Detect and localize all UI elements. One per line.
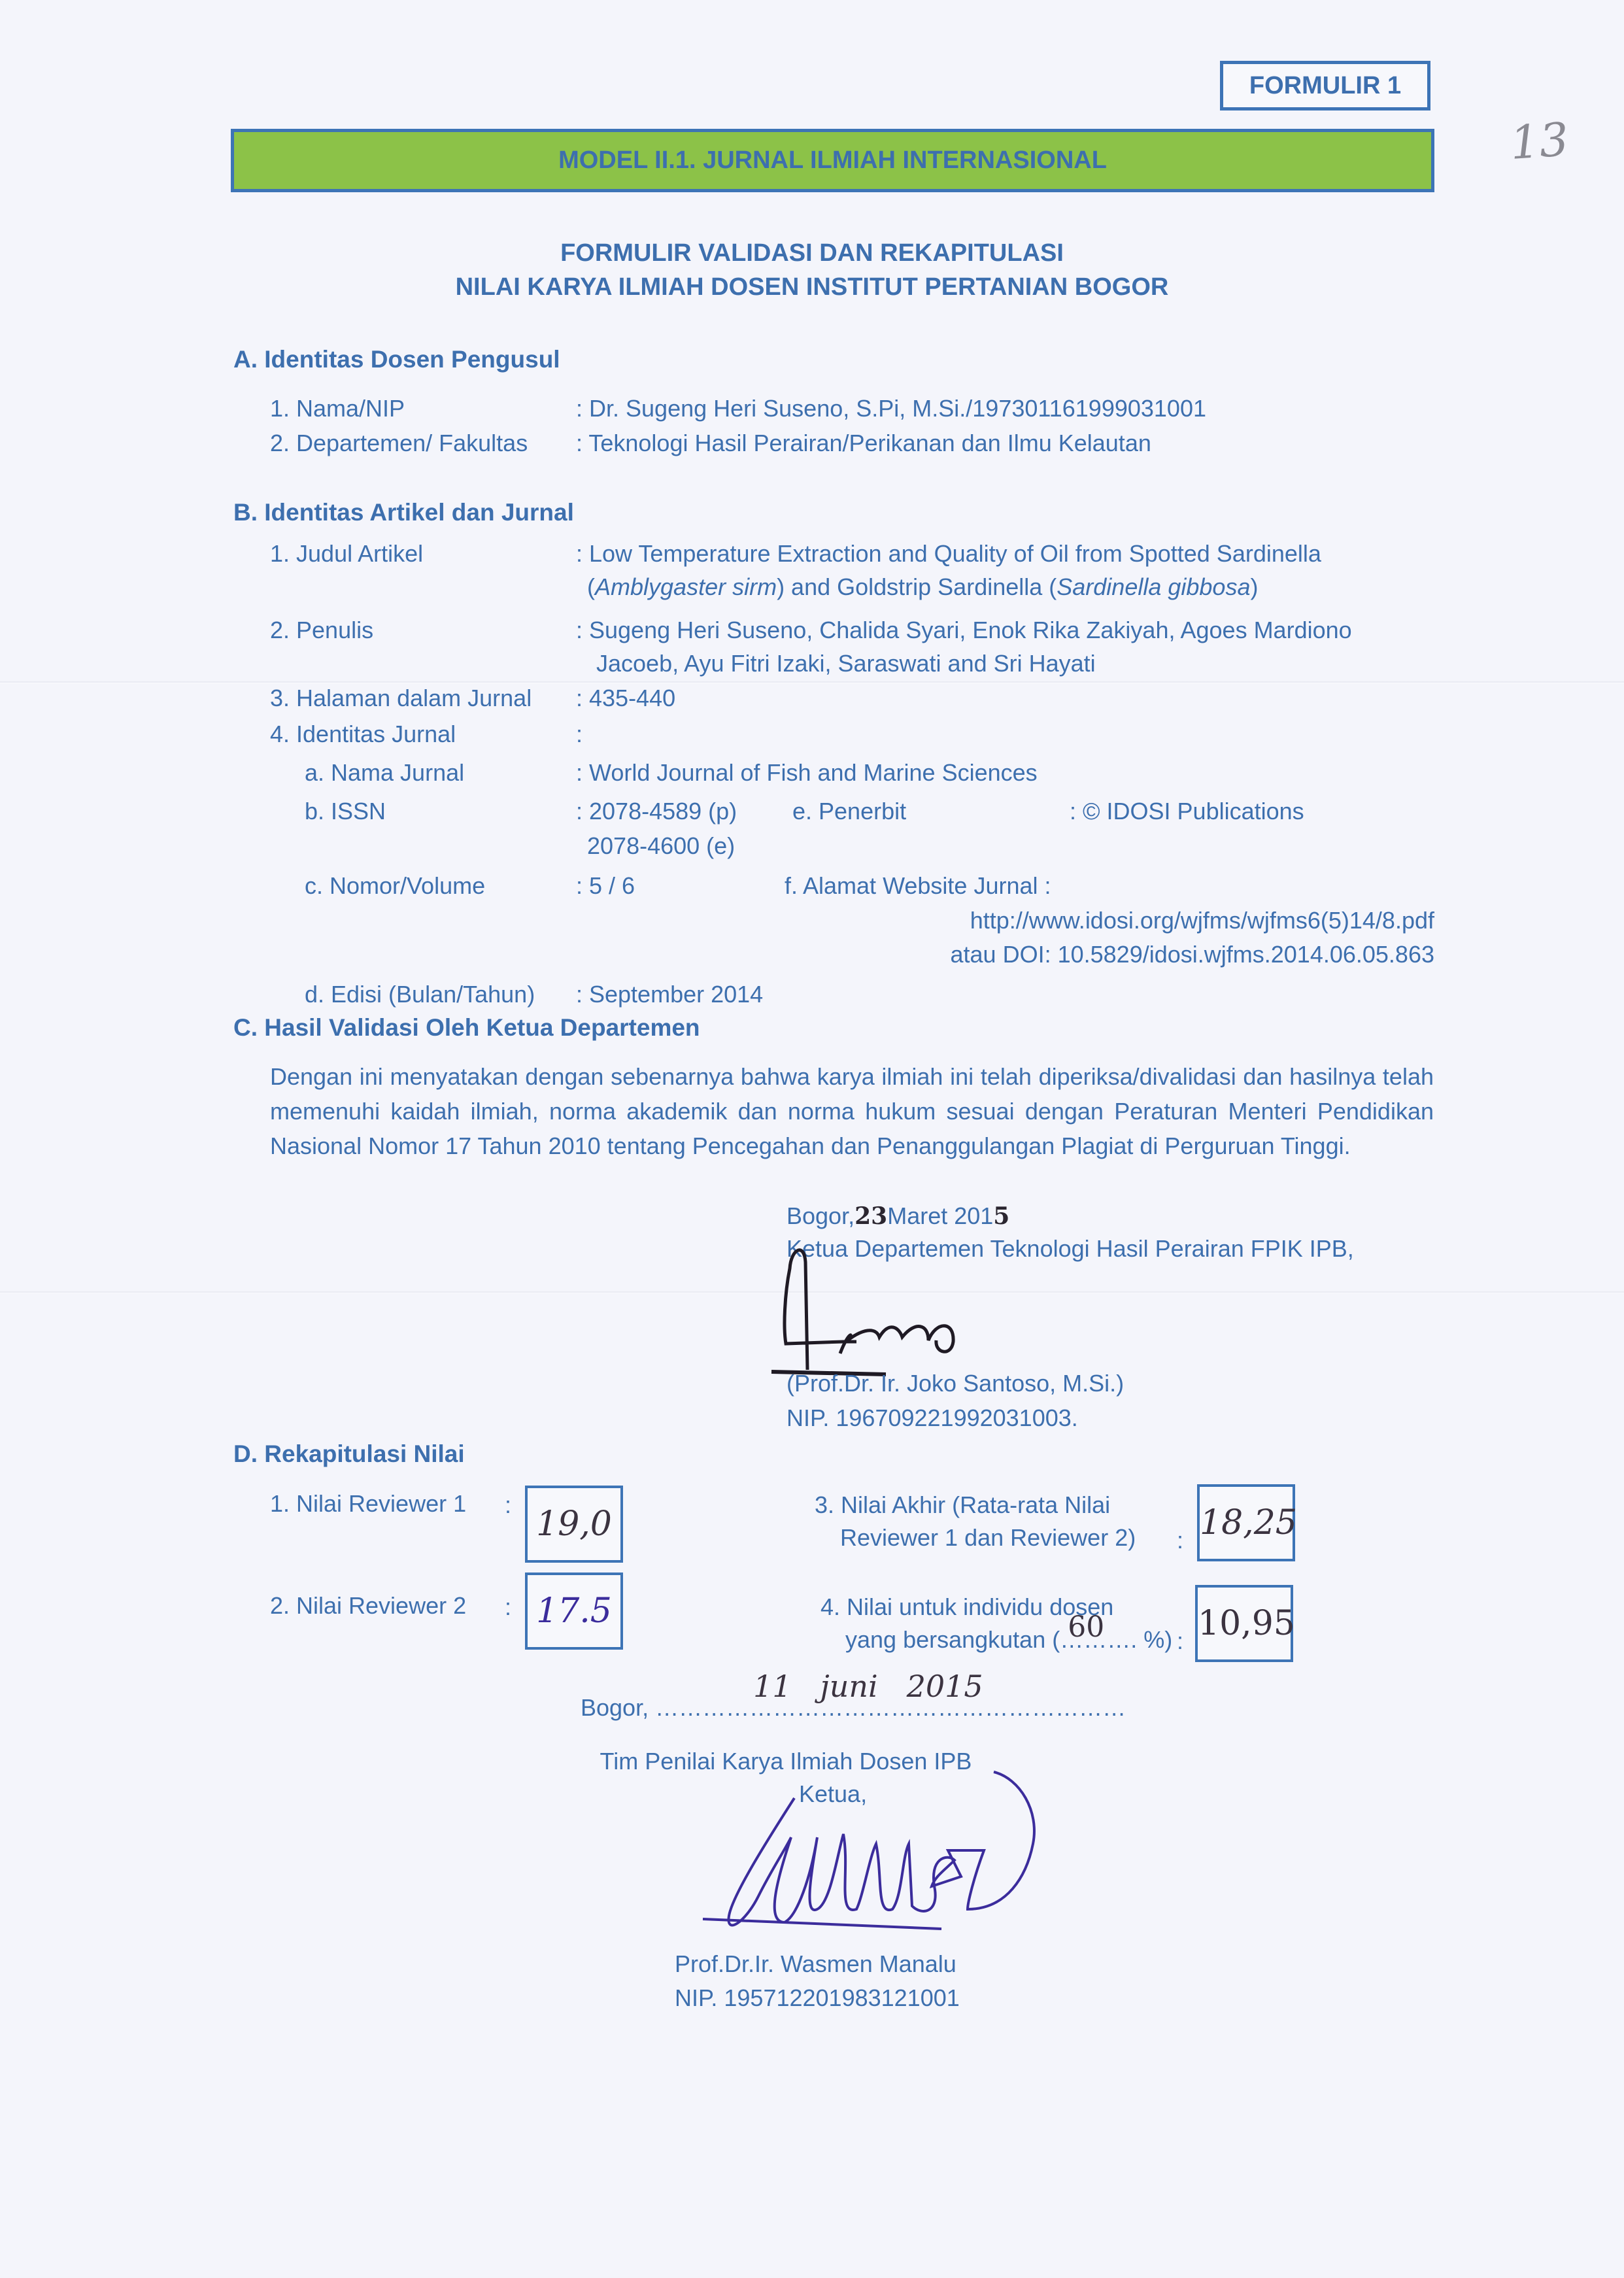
nama-jurnal-label: a. Nama Jurnal xyxy=(305,758,464,787)
nilai-individu-score-box[interactable]: 10,95 xyxy=(1195,1585,1293,1662)
section-a-heading: A. Identitas Dosen Pengusul xyxy=(233,345,560,374)
validation-statement: Dengan ini menyatakan dengan sebenarnya … xyxy=(270,1059,1434,1163)
reviewer2-score-box[interactable]: 17.5 xyxy=(525,1572,623,1650)
handwritten-footer-date: 11 juni 2015 xyxy=(753,1672,983,1701)
handwritten-page-number: 13 xyxy=(1508,112,1570,170)
identitas-jurnal-value: : xyxy=(576,720,583,749)
handwritten-day: 23 xyxy=(854,1202,887,1230)
formulir-label: FORMULIR 1 xyxy=(1249,72,1401,100)
nama-nip-label: 1. Nama/NIP xyxy=(270,394,405,423)
penerbit-value: : © IDOSI Publications xyxy=(1070,797,1304,826)
validation-month-year: Maret 201 xyxy=(887,1202,993,1229)
judul-mid: ) and Goldstrip Sardinella ( xyxy=(777,573,1057,600)
team-leader-name: Prof.Dr.Ir. Wasmen Manalu xyxy=(675,1950,956,1979)
reviewer1-score-box[interactable]: 19,0 xyxy=(525,1486,623,1563)
departemen-value: : Teknologi Hasil Perairan/Perikanan dan… xyxy=(576,429,1151,458)
reviewer2-label: 2. Nilai Reviewer 2 xyxy=(270,1591,466,1620)
website-doi[interactable]: atau DOI: 10.5829/idosi.wjfms.2014.06.05… xyxy=(951,940,1434,969)
nilai-akhir-score: 18,25 xyxy=(1200,1487,1293,1559)
penulis-label: 2. Penulis xyxy=(270,616,373,645)
reviewer1-score: 19,0 xyxy=(528,1488,620,1560)
species-name-2: Sardinella gibbosa xyxy=(1057,573,1250,600)
handwritten-percent: 60 xyxy=(1068,1613,1104,1642)
model-banner: MODEL II.1. JURNAL ILMIAH INTERNASIONAL xyxy=(231,129,1434,192)
edisi-label: d. Edisi (Bulan/Tahun) xyxy=(305,980,535,1009)
halaman-value: : 435-440 xyxy=(576,684,675,713)
nama-nip-value: : Dr. Sugeng Heri Suseno, S.Pi, M.Si./19… xyxy=(576,394,1206,423)
nilai-akhir-colon: : xyxy=(1177,1526,1183,1555)
nomor-volume-value: : 5 / 6 xyxy=(576,872,635,900)
penulis-value-line2: Jacoeb, Ayu Fitri Izaki, Saraswati and S… xyxy=(596,649,1096,678)
footer-date-line: Bogor, ……………………………………………………11 juni 2015 xyxy=(581,1693,1126,1722)
departemen-label: 2. Departemen/ Fakultas xyxy=(270,429,528,458)
validation-place: Bogor, xyxy=(787,1202,854,1229)
model-title: MODEL II.1. JURNAL ILMIAH INTERNASIONAL xyxy=(558,146,1107,175)
validator-nip: NIP. 196709221992031003. xyxy=(787,1404,1078,1433)
nilai-akhir-label-line1: 3. Nilai Akhir (Rata-rata Nilai xyxy=(815,1491,1110,1520)
paper-fold xyxy=(0,681,1624,684)
section-d-heading: D. Rekapitulasi Nilai xyxy=(233,1440,465,1469)
nilai-individu-label-line2: yang bersangkutan (……….60 %) xyxy=(845,1625,1172,1654)
issn-online: 2078-4600 (e) xyxy=(587,832,735,860)
halaman-label: 3. Halaman dalam Jurnal xyxy=(270,684,532,713)
judul-value-line1: : Low Temperature Extraction and Quality… xyxy=(576,539,1321,568)
penulis-value-line1: : Sugeng Heri Suseno, Chalida Syari, Eno… xyxy=(576,616,1352,645)
nilai-akhir-label-line2: Reviewer 1 dan Reviewer 2) xyxy=(840,1523,1136,1552)
percent-field[interactable]: ……….60 xyxy=(1060,1626,1137,1653)
reviewer2-score: 17.5 xyxy=(528,1575,620,1647)
form-title-line2: NILAI KARYA ILMIAH DOSEN INSTITUT PERTAN… xyxy=(0,273,1624,301)
form-title-line1: FORMULIR VALIDASI DAN REKAPITULASI xyxy=(0,239,1624,267)
footer-place: Bogor, xyxy=(581,1694,649,1721)
signature-ketua-departemen xyxy=(765,1229,1040,1386)
individu-label-pre: yang bersangkutan ( xyxy=(845,1626,1060,1653)
handwritten-year-digit: 5 xyxy=(993,1202,1009,1230)
validation-date: Bogor,23Maret 2015 xyxy=(787,1202,1009,1231)
judul-label: 1. Judul Artikel xyxy=(270,539,423,568)
identitas-jurnal-label: 4. Identitas Jurnal xyxy=(270,720,456,749)
signature-ketua-tim xyxy=(686,1746,1131,1962)
website-url[interactable]: http://www.idosi.org/wjfms/wjfms6(5)14/8… xyxy=(970,906,1434,935)
issn-print: : 2078-4589 (p) xyxy=(576,797,737,826)
issn-label: b. ISSN xyxy=(305,797,386,826)
species-name-1: Amblygaster sirm xyxy=(595,573,777,600)
section-b-heading: B. Identitas Artikel dan Jurnal xyxy=(233,498,574,527)
reviewer1-label: 1. Nilai Reviewer 1 xyxy=(270,1489,466,1518)
nomor-volume-label: c. Nomor/Volume xyxy=(305,872,485,900)
nama-jurnal-value: : World Journal of Fish and Marine Scien… xyxy=(576,758,1038,787)
judul-value-line2: (Amblygaster sirm) and Goldstrip Sardine… xyxy=(587,573,1258,602)
formulir-label-box: FORMULIR 1 xyxy=(1220,61,1430,110)
website-label: f. Alamat Website Jurnal : xyxy=(785,872,1051,900)
nilai-akhir-score-box[interactable]: 18,25 xyxy=(1197,1484,1295,1561)
nilai-individu-score: 10,95 xyxy=(1198,1588,1291,1659)
nilai-individu-colon: : xyxy=(1177,1627,1183,1656)
section-c-heading: C. Hasil Validasi Oleh Ketua Departemen xyxy=(233,1013,700,1042)
penerbit-label: e. Penerbit xyxy=(792,797,906,826)
individu-label-post: %) xyxy=(1137,1626,1172,1653)
footer-date-field[interactable]: ……………………………………………………11 juni 2015 xyxy=(655,1694,1126,1721)
reviewer2-colon: : xyxy=(505,1593,511,1622)
edisi-value: : September 2014 xyxy=(576,980,763,1009)
validator-name: (Prof.Dr. Ir. Joko Santoso, M.Si.) xyxy=(787,1369,1124,1398)
team-leader-nip: NIP. 195712201983121001 xyxy=(675,1984,960,2013)
reviewer1-colon: : xyxy=(505,1491,511,1520)
